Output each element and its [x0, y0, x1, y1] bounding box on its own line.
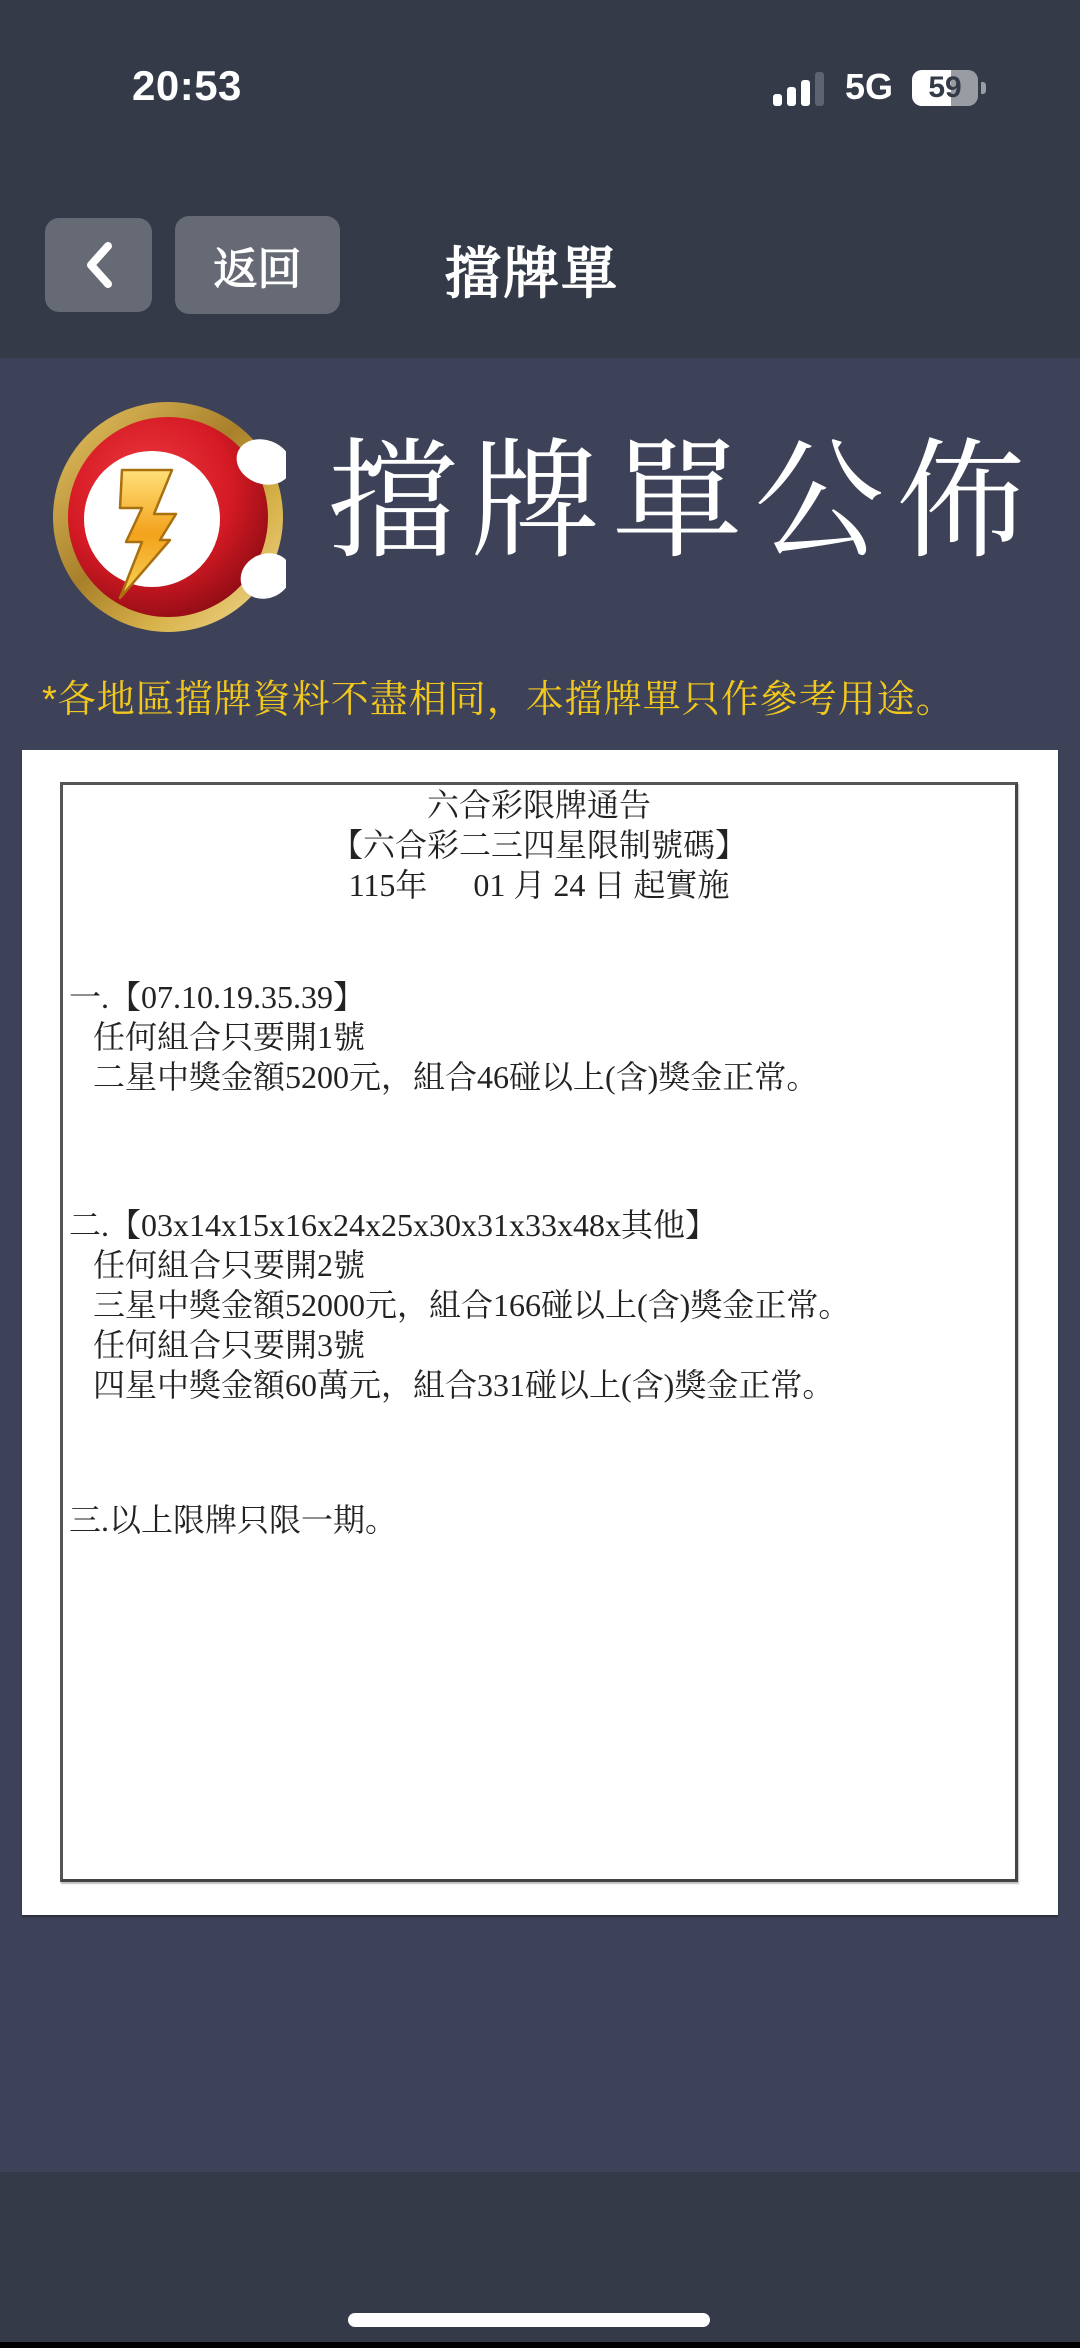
date-year: 115年	[349, 867, 428, 903]
date-day-label: 日	[593, 867, 625, 903]
section-2-line-1: 任何組合只要開2號	[93, 1245, 365, 1285]
page-title: 擋牌單	[445, 230, 619, 310]
signal-strength-icon	[773, 72, 825, 106]
back-button[interactable]	[45, 218, 152, 312]
section-2-line-4: 四星中獎金額60萬元，組合331碰以上(含)獎金正常。	[93, 1365, 834, 1405]
notice-card: 六合彩限牌通告 【六合彩二三四星限制號碼】 115年 01 月 24 日 起實施…	[22, 750, 1058, 1915]
document-title: 六合彩限牌通告	[63, 785, 1015, 825]
date-month-label: 月	[513, 867, 545, 903]
banner: 擋牌單公佈 *各地區擋牌資料不盡相同，本擋牌單只作參考用途。	[0, 358, 1080, 658]
bottom-bar	[0, 2172, 1080, 2348]
lightning-ball-logo-icon	[50, 400, 286, 634]
document-subtitle: 【六合彩二三四星限制號碼】	[63, 825, 1015, 865]
section-2-line-3: 任何組合只要開3號	[93, 1325, 365, 1365]
chevron-left-icon	[82, 240, 116, 290]
nav-bar: 返回 擋牌單	[0, 130, 1080, 358]
banner-title: 擋牌單公佈	[328, 436, 1038, 566]
battery-percent: 59	[912, 71, 978, 105]
home-indicator[interactable]	[348, 2313, 710, 2327]
battery-tip	[981, 82, 986, 94]
date-day: 24	[553, 867, 585, 903]
network-type: 5G	[845, 66, 893, 108]
section-1-header: 一.【07.10.19.35.39】	[69, 977, 365, 1017]
return-button[interactable]: 返回	[175, 216, 340, 314]
content-area: 擋牌單公佈 *各地區擋牌資料不盡相同，本擋牌單只作參考用途。 六合彩限牌通告 【…	[0, 358, 1080, 2172]
section-3-header: 三.以上限牌只限一期。	[69, 1500, 397, 1540]
battery-icon: 59	[912, 70, 978, 106]
screen: 20:53 5G 59 返回 擋牌單	[0, 0, 1080, 2348]
bottom-edge	[0, 2342, 1080, 2348]
section-2-line-2: 三星中獎金額52000元，組合166碰以上(含)獎金正常。	[93, 1285, 850, 1325]
status-time: 20:53	[132, 62, 242, 110]
effective-date: 115年 01 月 24 日 起實施	[63, 865, 1015, 905]
date-month: 01	[473, 867, 505, 903]
disclaimer-notice: *各地區擋牌資料不盡相同，本擋牌單只作參考用途。	[42, 668, 955, 723]
section-1-line-2: 二星中獎金額5200元，組合46碰以上(含)獎金正常。	[93, 1057, 818, 1097]
section-2-header: 二.【03x14x15x16x24x25x30x31x33x48x其他】	[69, 1205, 717, 1245]
section-1-line-1: 任何組合只要開1號	[93, 1017, 365, 1057]
status-bar: 20:53 5G 59	[0, 0, 1080, 130]
date-suffix: 起實施	[633, 867, 729, 903]
notice-document: 六合彩限牌通告 【六合彩二三四星限制號碼】 115年 01 月 24 日 起實施…	[60, 782, 1018, 1882]
